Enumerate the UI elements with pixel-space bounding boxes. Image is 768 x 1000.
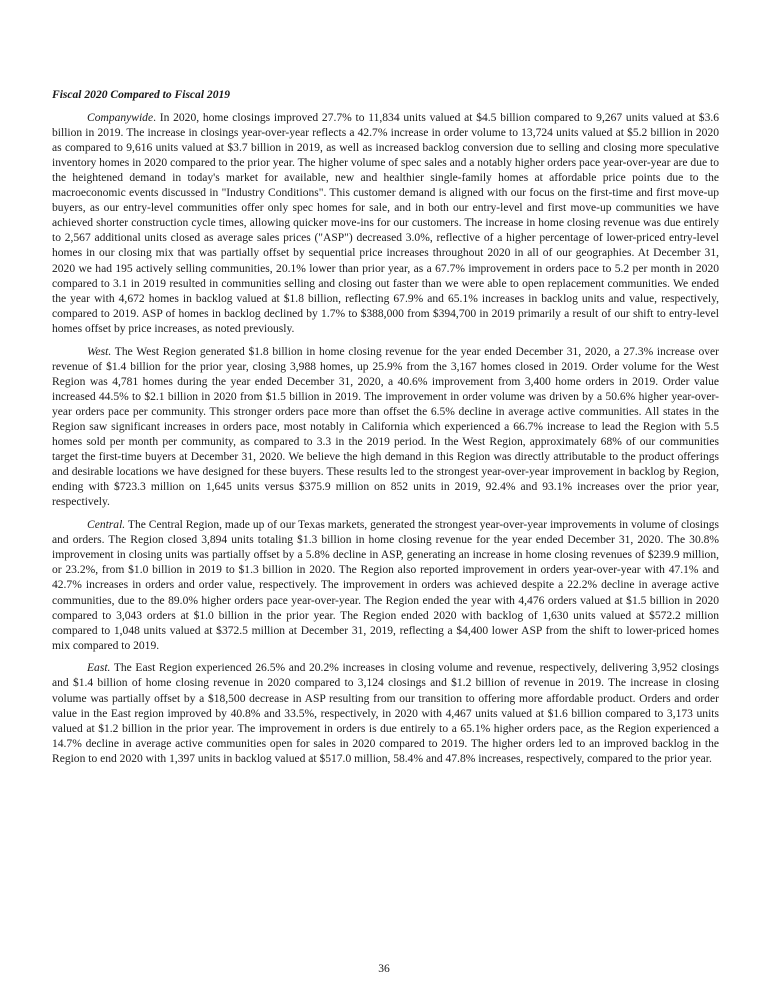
paragraph-text-west: The West Region generated $1.8 billion i… bbox=[52, 346, 719, 509]
paragraph-west: West. The West Region generated $1.8 bil… bbox=[52, 345, 719, 511]
document-page: Fiscal 2020 Compared to Fiscal 2019 Comp… bbox=[52, 88, 719, 775]
section-heading: Fiscal 2020 Compared to Fiscal 2019 bbox=[52, 88, 719, 103]
paragraph-companywide: Companywide. In 2020, home closings impr… bbox=[52, 111, 719, 337]
paragraph-lead-central: Central. bbox=[87, 519, 125, 531]
paragraph-lead-companywide: Companywide bbox=[87, 112, 153, 124]
paragraph-east: East. The East Region experienced 26.5% … bbox=[52, 661, 719, 767]
paragraph-text-central: The Central Region, made up of our Texas… bbox=[52, 519, 719, 652]
page-number: 36 bbox=[0, 963, 768, 975]
paragraph-lead-west: West. bbox=[87, 346, 111, 358]
paragraph-text-east: The East Region experienced 26.5% and 20… bbox=[52, 662, 719, 765]
paragraph-central: Central. The Central Region, made up of … bbox=[52, 518, 719, 654]
paragraph-lead-east: East. bbox=[87, 662, 110, 674]
paragraph-text-companywide: . In 2020, home closings improved 27.7% … bbox=[52, 112, 719, 335]
